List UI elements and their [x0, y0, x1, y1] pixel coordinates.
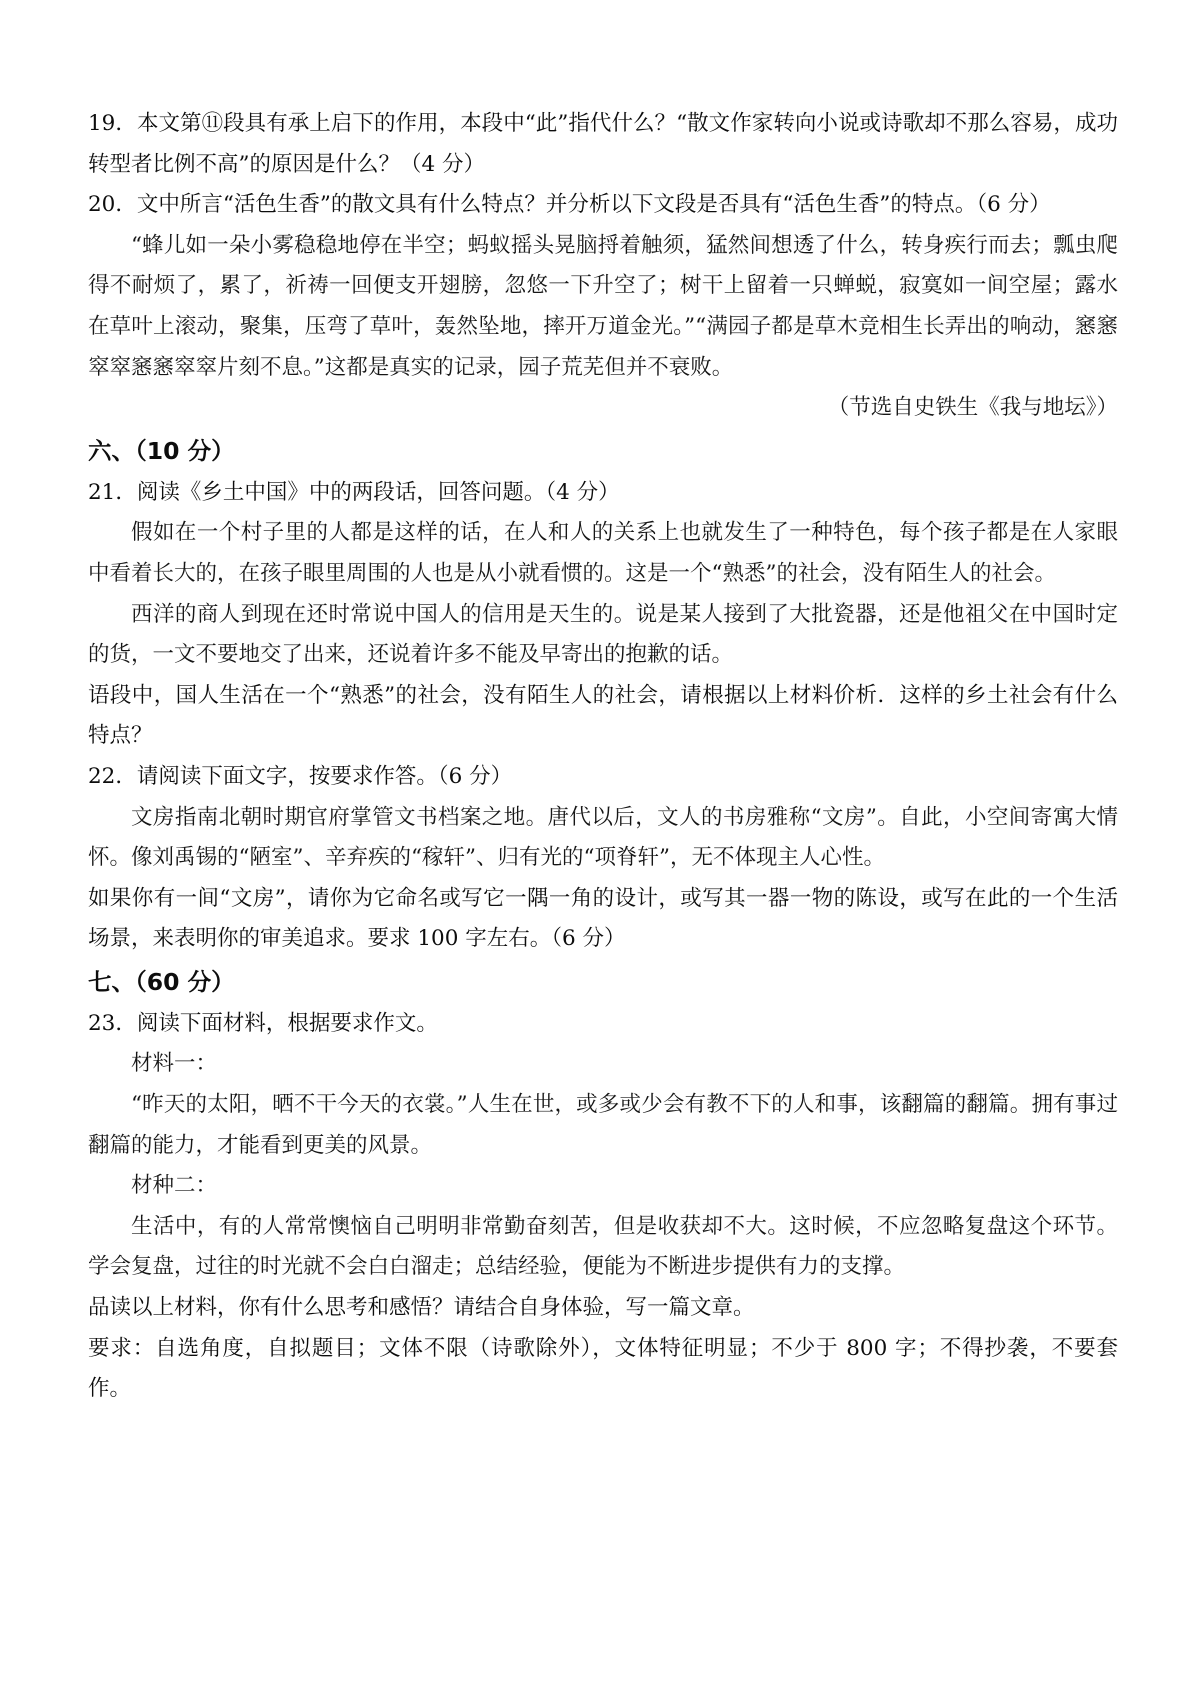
source-attribution: （节选自史铁生《我与地坛》） — [88, 388, 1118, 429]
quote-wenfang: 文房指南北朝时期官府掌管文书档案之地。唐代以后，文人的书房雅称“文房”。自此，小… — [88, 798, 1118, 879]
question-21: 21．阅读《乡土中国》中的两段话，回答问题。（4 分） — [88, 473, 1118, 514]
question-19: 19．本文第⑪段具有承上启下的作用，本段中“此”指代什么？“散文作家转向小说或诗… — [88, 104, 1118, 185]
section-heading-7: 七、（60 分） — [88, 960, 1118, 1004]
quote-shitiesheng: “蜂儿如一朵小雾稳稳地停在半空；蚂蚁摇头晃脑捋着触须，猛然间想透了什么，转身疾行… — [88, 226, 1118, 388]
material-2-label: 材种二： — [88, 1166, 1118, 1207]
section-heading-6: 六、（10 分） — [88, 429, 1118, 473]
material-2-text: 生活中，有的人常常懊恼自己明明非常勤奋刻苦，但是收获却不大。这时候，不应忽略复盘… — [88, 1207, 1118, 1288]
quote-xiangtu-1: 假如在一个村子里的人都是这样的话，在人和人的关系上也就发生了一种特色，每个孩子都… — [88, 513, 1118, 594]
material-1-text: “昨天的太阳，晒不干今天的衣裳。”人生在世，或多或少会有教不下的人和事，该翻篇的… — [88, 1085, 1118, 1166]
quote-xiangtu-2: 西洋的商人到现在还时常说中国人的信用是天生的。说是某人接到了大批瓷器，还是他祖父… — [88, 595, 1118, 676]
question-20: 20．文中所言“活色生香”的散文具有什么特点？并分析以下文段是否具有“活色生香”… — [88, 185, 1118, 226]
exam-page: 19．本文第⑪段具有承上启下的作用，本段中“此”指代什么？“散文作家转向小说或诗… — [0, 0, 1200, 1698]
question-23: 23．阅读下面材料，根据要求作文。 — [88, 1004, 1118, 1045]
question-21-prompt: 语段中，国人生活在一个“熟悉”的社会，没有陌生人的社会，请根据以上材料价析．这样… — [88, 676, 1118, 757]
question-22: 22．请阅读下面文字，按要求作答。（6 分） — [88, 757, 1118, 798]
question-23-requirements: 要求：自选角度，自拟题目；文体不限（诗歌除外），文体特征明显；不少于 800 字… — [88, 1329, 1118, 1410]
material-1-label: 材料一： — [88, 1044, 1118, 1085]
question-22-prompt: 如果你有一间“文房”，请你为它命名或写它一隅一角的设计，或写其一器一物的陈设，或… — [88, 879, 1118, 960]
question-23-prompt: 品读以上材料，你有什么思考和感悟？请结合自身体验，写一篇文章。 — [88, 1288, 1118, 1329]
